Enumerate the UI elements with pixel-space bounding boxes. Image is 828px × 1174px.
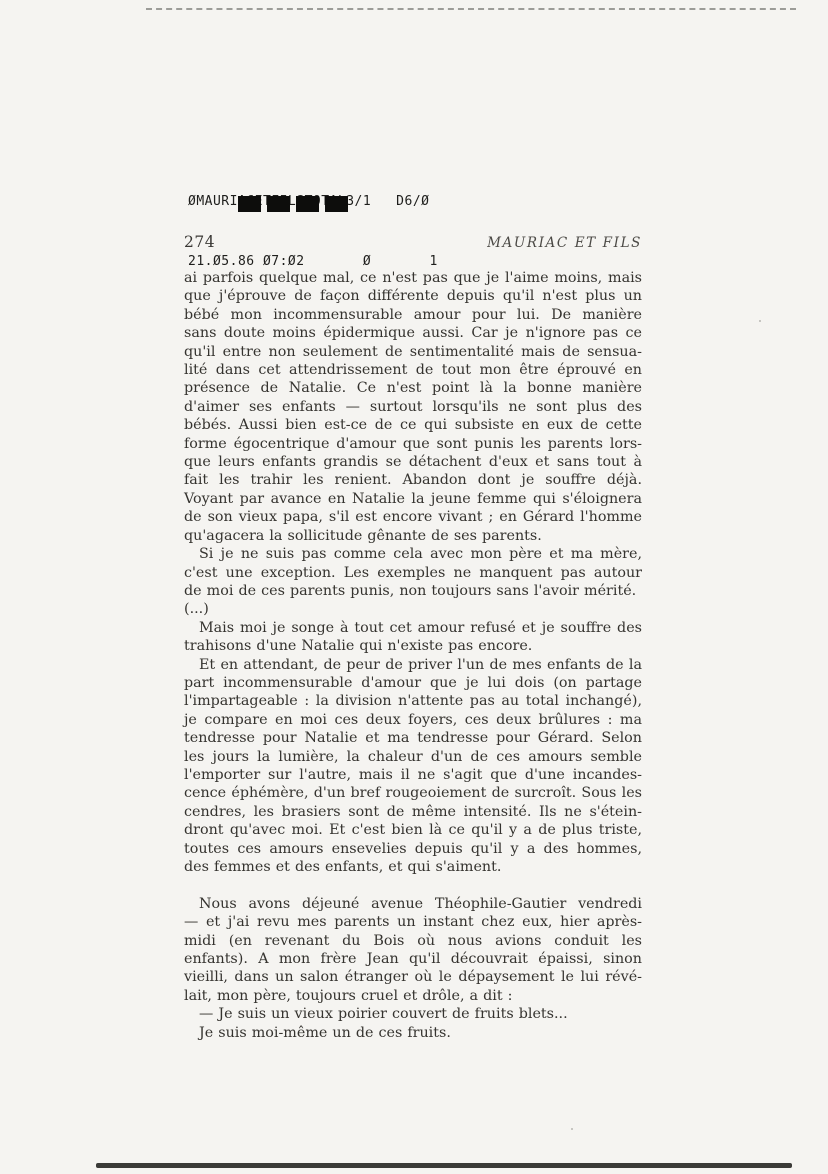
- text-line: c'est une exception. Les exemples ne man…: [184, 564, 642, 582]
- text-line: Mais moi je songe à tout cet amour refus…: [184, 619, 642, 637]
- running-title: MAURIAC ET FILS: [487, 235, 642, 251]
- text-line: trahisons d'une Natalie qui n'existe pas…: [184, 637, 642, 655]
- text-line: sans doute moins épidermique aussi. Car …: [184, 324, 642, 342]
- paragraph: Nous avons déjeuné avenue Théophile-Gaut…: [184, 895, 642, 1005]
- paper-speck: [571, 1128, 573, 1130]
- text-line: vieilli, dans un salon étranger où le dé…: [184, 968, 642, 986]
- text-line: Je suis moi-même un de ces fruits.: [184, 1024, 642, 1042]
- text-line: que j'éprouve de façon différente depuis…: [184, 287, 642, 305]
- paragraph: — Je suis un vieux poirier couvert de fr…: [184, 1005, 642, 1023]
- text-line: que leurs enfants grandis se détachent d…: [184, 453, 642, 471]
- text-line: présence de Natalie. Ce n'est point là l…: [184, 379, 642, 397]
- text-line: toutes ces amours ensevelies depuis qu'i…: [184, 840, 642, 858]
- paragraph: Je suis moi-même un de ces fruits.: [184, 1024, 642, 1042]
- registration-mark-icon: [238, 196, 261, 212]
- registration-mark-icon: [325, 196, 348, 212]
- text-line: Et en attendant, de peur de priver l'un …: [184, 656, 642, 674]
- text-line: les jours la lumière, la chaleur d'un de…: [184, 748, 642, 766]
- page-number: 274: [184, 233, 215, 251]
- text-line: de son vieux papa, s'il est encore vivan…: [184, 508, 642, 526]
- text-line: cendres, les brasiers sont de même inten…: [184, 803, 642, 821]
- text-line: qu'agacera la sollicitude gênante de ses…: [184, 527, 642, 545]
- registration-mark-icon: [267, 196, 290, 212]
- text-line: bébés. Aussi bien est-ce de ce qui subsi…: [184, 416, 642, 434]
- text-line: qu'il entre non seulement de sentimental…: [184, 343, 642, 361]
- running-head: 274 MAURIAC ET FILS: [184, 233, 642, 251]
- paragraph: Mais moi je songe à tout cet amour refus…: [184, 619, 642, 656]
- text-line: midi (en revenant du Bois où nous avions…: [184, 932, 642, 950]
- paper-speck: [759, 320, 761, 322]
- text-line: des femmes et des enfants, et qui s'aime…: [184, 858, 642, 876]
- registration-mark-icon: [296, 196, 319, 212]
- text-line: l'emporter sur l'autre, mais il ne s'agi…: [184, 766, 642, 784]
- text-line: je compare en moi ces deux foyers, ces d…: [184, 711, 642, 729]
- text-line: — et j'ai revu mes parents un instant ch…: [184, 913, 642, 931]
- text-line: Voyant par avance en Natalie la jeune fe…: [184, 490, 642, 508]
- registration-marks-row: [238, 196, 348, 212]
- text-line: dront qu'avec moi. Et c'est bien là ce q…: [184, 821, 642, 839]
- text-line: l'impartageable : la division n'attente …: [184, 692, 642, 710]
- scanned-book-page: ØMAURIACETFILSTOTAL3/1 D6/Ø 21.Ø5.86 Ø7:…: [0, 0, 828, 1174]
- text-line: lité dans cet attendrissement de tout mo…: [184, 361, 642, 379]
- text-line: bébé mon incommensurable amour pour lui.…: [184, 306, 642, 324]
- text-line: ai parfois quelque mal, ce n'est pas que…: [184, 269, 642, 287]
- text-line: cence éphémère, d'un bref rougeoiement d…: [184, 784, 642, 802]
- body-text: ai parfois quelque mal, ce n'est pas que…: [184, 269, 642, 1042]
- scan-bottom-edge-line: [96, 1163, 792, 1168]
- text-line: — Je suis un vieux poirier couvert de fr…: [184, 1005, 642, 1023]
- scan-top-edge-line: [146, 8, 796, 10]
- text-line: forme égocentrique d'amour que sont puni…: [184, 435, 642, 453]
- text-line: part incommensurable d'amour que je lui …: [184, 674, 642, 692]
- text-line: Si je ne suis pas comme cela avec mon pè…: [184, 545, 642, 563]
- paragraph: Si je ne suis pas comme cela avec mon pè…: [184, 545, 642, 600]
- text-line: (...): [184, 600, 642, 618]
- text-line: lait, mon père, toujours cruel et drôle,…: [184, 987, 642, 1005]
- paragraph: (...): [184, 600, 642, 618]
- paragraph: Et en attendant, de peur de priver l'un …: [184, 656, 642, 877]
- text-line: de moi de ces parents punis, non toujour…: [184, 582, 642, 600]
- text-line: tendresse pour Natalie et ma tendresse p…: [184, 729, 642, 747]
- paragraph: ai parfois quelque mal, ce n'est pas que…: [184, 269, 642, 545]
- text-line: d'aimer ses enfants — surtout lorsqu'ils…: [184, 398, 642, 416]
- text-line: Nous avons déjeuné avenue Théophile-Gaut…: [184, 895, 642, 913]
- text-line: enfants). A mon frère Jean qu'il découvr…: [184, 950, 642, 968]
- text-line: fait les trahir les renient. Abandon don…: [184, 471, 642, 489]
